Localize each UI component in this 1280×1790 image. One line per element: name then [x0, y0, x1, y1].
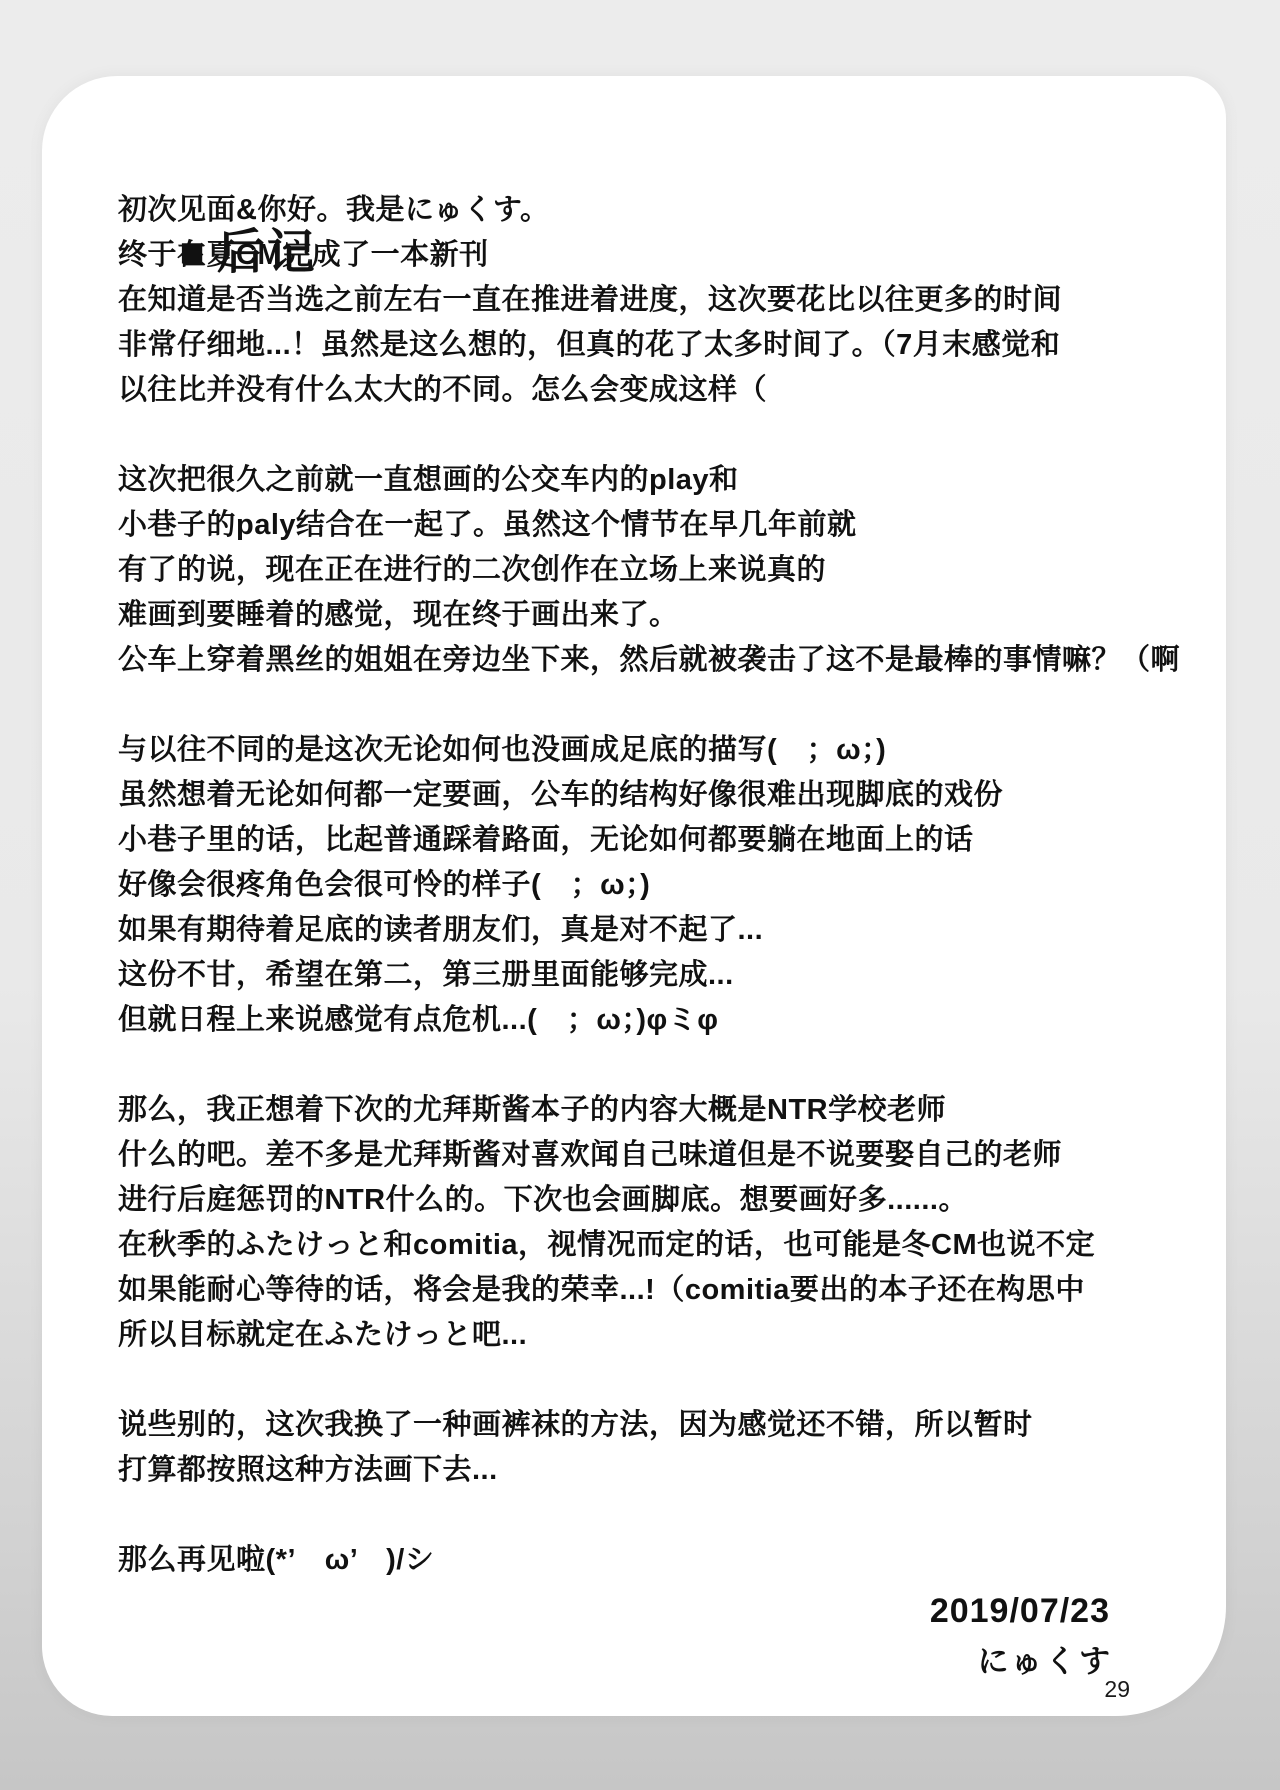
text-line: 但就日程上来说感觉有点危机...( ；ω；)φミφ [118, 998, 1226, 1043]
text-line: 进行后庭惩罚的NTR什么的。下次也会画脚底。想要画好多......。 [118, 1178, 1226, 1223]
text-line: 那么再见啦(*’ ω’ )/シ [118, 1538, 1226, 1583]
text-line: 这次把很久之前就一直想画的公交车内的play和 [118, 458, 1226, 503]
page-number: 29 [1104, 1676, 1130, 1703]
afterword-page: ■后记 初次见面&你好。我是にゅくす。终于在夏CM完成了一本新刊在知道是否当选之… [42, 76, 1226, 1716]
text-line: 以往比并没有什么太大的不同。怎么会变成这样（ [118, 368, 1226, 413]
text-line: 在秋季的ふたけっと和comitia，视情况而定的话，也可能是冬CM也说不定 [118, 1223, 1226, 1268]
text-line: 公车上穿着黑丝的姐姐在旁边坐下来，然后就被袭击了这不是最棒的事情嘛？（啊 [118, 638, 1226, 683]
blank-line [118, 413, 1226, 458]
page-title: ■后记 [118, 112, 1226, 168]
text-line: 所以目标就定在ふたけっと吧... [118, 1313, 1226, 1358]
text-line: 非常仔细地...！虽然是这么想的，但真的花了太多时间了。（7月末感觉和 [118, 323, 1226, 368]
text-line: 虽然想着无论如何都一定要画，公车的结构好像很难出现脚底的戏份 [118, 773, 1226, 818]
date-text: 2019/07/23 [930, 1592, 1110, 1631]
author-signature: にゅくす [978, 1636, 1113, 1681]
text-line: 小巷子的paly结合在一起了。虽然这个情节在早几年前就 [118, 503, 1226, 548]
text-line: 如果能耐心等待的话，将会是我的荣幸...!（comitia要出的本子还在构思中 [118, 1268, 1226, 1313]
text-line: 难画到要睡着的感觉，现在终于画出来了。 [118, 593, 1226, 638]
text-line: 小巷子里的话，比起普通踩着路面，无论如何都要躺在地面上的话 [118, 818, 1226, 863]
scan-smudge [306, 136, 466, 188]
text-line: 那么，我正想着下次的尤拜斯酱本子的内容大概是NTR学校老师 [118, 1088, 1226, 1133]
text-line: 有了的说，现在正在进行的二次创作在立场上来说真的 [118, 548, 1226, 593]
text-line: 打算都按照这种方法画下去... [118, 1448, 1226, 1493]
blank-line [118, 1043, 1226, 1088]
text-line: 这份不甘，希望在第二，第三册里面能够完成... [118, 953, 1226, 998]
blank-line [118, 683, 1226, 728]
blank-line [118, 1358, 1226, 1403]
text-line: 说些别的，这次我换了一种画裤袜的方法，因为感觉还不错，所以暂时 [118, 1403, 1226, 1448]
afterword-body: 初次见面&你好。我是にゅくす。终于在夏CM完成了一本新刊在知道是否当选之前左右一… [118, 188, 1226, 1583]
text-line: 好像会很疼角色会很可怜的样子( ；ω；) [118, 863, 1226, 908]
text-line: 在知道是否当选之前左右一直在推进着进度，这次要花比以往更多的时间 [118, 278, 1226, 323]
text-line: 与以往不同的是这次无论如何也没画成足底的描写( ；ω；) [118, 728, 1226, 773]
section-marker-icon: ■ [179, 224, 206, 280]
page-title-text: 后记 [217, 226, 317, 279]
text-line: 什么的吧。差不多是尤拜斯酱对喜欢闻自己味道但是不说要娶自己的老师 [118, 1133, 1226, 1178]
blank-line [118, 1493, 1226, 1538]
text-line: 如果有期待着足底的读者朋友们，真是对不起了... [118, 908, 1226, 953]
